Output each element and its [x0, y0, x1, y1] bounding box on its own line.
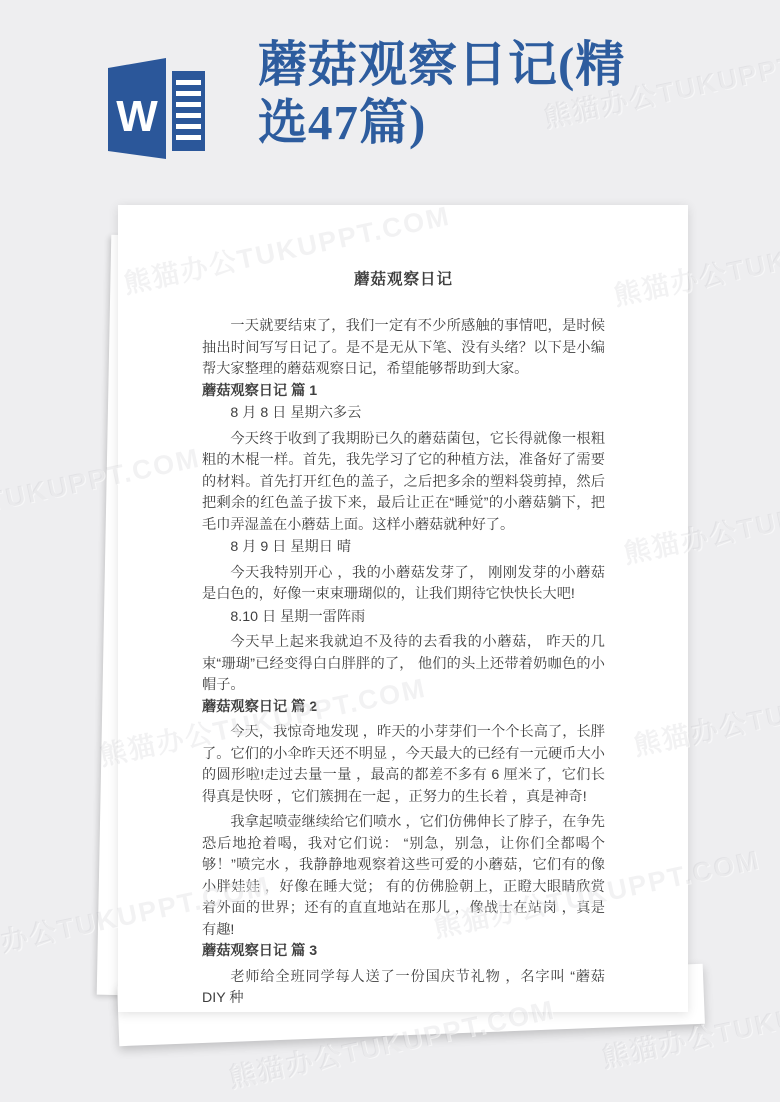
document-header: W 蘑菇观察日记(精选47篇) [0, 0, 780, 200]
paragraph-heading: 蘑菇观察日记 篇 3 [202, 941, 605, 963]
paragraph-body: 今天，我惊奇地发现 ，昨天的小芽芽们一个个长高了，长胖了。它们的小伞昨天还不明显… [202, 722, 605, 808]
paragraph-body: 老师给全班同学每人送了一份国庆节礼物 ，名字叫 “蘑菇 DIY 种 [202, 967, 605, 1010]
paragraph-date: 8 月 8 日 星期六多云 [202, 403, 605, 425]
paragraph-body: 今天我特别开心 ，我的小蘑菇发芽了， 刚刚发芽的小蘑菇是白色的，好像一束束珊瑚似… [202, 563, 605, 606]
paragraph-heading: 蘑菇观察日记 篇 1 [202, 381, 605, 403]
paragraph-body: 一天就要结束了，我们一定有不少所感触的事情吧，是时候抽出时间写写日记了。是不是无… [202, 316, 605, 381]
word-icon-graphic: W [108, 58, 206, 162]
paragraph-body: 今天早上起来我就迫不及待的去看我的小蘑菇， 昨天的几束“珊瑚”已经变得白白胖胖的… [202, 632, 605, 697]
paragraph-body: 今天终于收到了我期盼已久的蘑菇菌包，它长得就像一根粗粗的木棍一样。首先，我先学习… [202, 429, 605, 537]
paragraph-body: 我拿起喷壶继续给它们喷水 ，它们仿佛伸长了脖子，在争先恐后地抢着喝，我对它们说：… [202, 812, 605, 941]
preview-canvas: W 蘑菇观察日记(精选47篇) 蘑菇观察日记 一天就要结束了，我们一定有不少所感… [0, 0, 780, 1102]
paragraph-heading: 蘑菇观察日记 篇 2 [202, 697, 605, 719]
document-title: 蘑菇观察日记 [202, 269, 605, 291]
word-file-icon: W [108, 58, 206, 162]
paragraph-date: 8.10 日 星期一雷阵雨 [202, 607, 605, 629]
page-title: 蘑菇观察日记(精选47篇) [258, 36, 660, 152]
document-page: 蘑菇观察日记 一天就要结束了，我们一定有不少所感触的事情吧，是时候抽出时间写写日… [118, 205, 688, 1012]
document-body: 一天就要结束了，我们一定有不少所感触的事情吧，是时候抽出时间写写日记了。是不是无… [202, 316, 605, 1010]
paragraph-date: 8 月 9 日 星期日 晴 [202, 537, 605, 559]
word-icon-letter: W [116, 92, 158, 141]
